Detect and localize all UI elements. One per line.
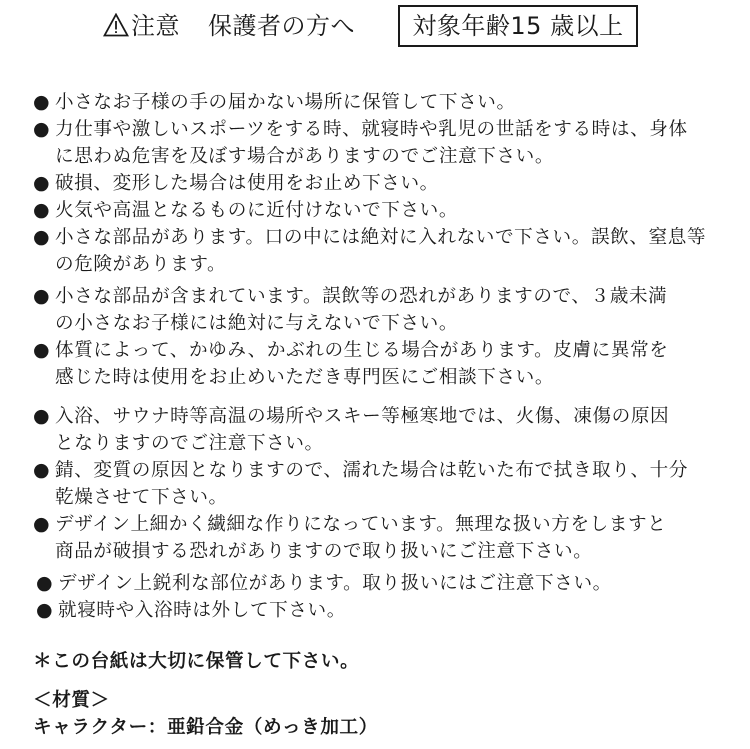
caution-item: ● デザイン上鋭利な部位があります。取り扱いにはご注意下さい。 bbox=[36, 570, 726, 597]
material-description: キャラクター：亜鉛合金（めっき加工） bbox=[33, 714, 723, 741]
caution-heading: 注意保護者の方へ bbox=[103, 10, 355, 42]
caution-text: 感じた時は使用をお止めいただき専門医にご相談下さい。 bbox=[55, 364, 723, 391]
caution-text: の危険があります。 bbox=[55, 251, 723, 278]
bullet-icon: ● bbox=[33, 89, 50, 116]
caution-list: ● 小さなお子様の手の届かない場所に保管して下さい。 ● 力仕事や激しいスポーツ… bbox=[33, 89, 723, 624]
caution-item: ● 火気や高温となるものに近付けないで下さい。 bbox=[33, 197, 723, 224]
caution-text: 力仕事や激しいスポーツをする時、就寝時や乳児の世話をする時は、身体 bbox=[55, 116, 723, 143]
caution-text: に思わぬ危害を及ぼす場合がありますのでご注意下さい。 bbox=[55, 143, 723, 170]
bullet-icon: ● bbox=[33, 116, 50, 143]
bullet-icon: ● bbox=[33, 337, 50, 364]
footer: ＊この台紙は大切に保管して下さい。 ＜材質＞ キャラクター：亜鉛合金（めっき加工… bbox=[33, 648, 723, 741]
caution-text: デザイン上細かく繊細な作りになっています。無理な扱い方をしますと bbox=[55, 511, 723, 538]
bullet-icon: ● bbox=[33, 283, 50, 310]
bullet-icon: ● bbox=[33, 511, 50, 538]
caution-text: 乾燥させて下さい。 bbox=[55, 484, 723, 511]
keep-card-notice: ＊この台紙は大切に保管して下さい。 bbox=[33, 648, 723, 675]
bullet-icon: ● bbox=[36, 597, 53, 624]
caution-text: 就寝時や入浴時は外して下さい。 bbox=[58, 597, 726, 624]
caution-text: 小さな部品があります。口の中には絶対に入れないで下さい。誤飲、窒息等 bbox=[55, 224, 723, 251]
caution-text: 火気や高温となるものに近付けないで下さい。 bbox=[55, 197, 723, 224]
caution-text: の小さなお子様には絶対に与えないで下さい。 bbox=[55, 310, 723, 337]
caution-item: ● 破損、変形した場合は使用をお止め下さい。 bbox=[33, 170, 723, 197]
caution-text: 小さなお子様の手の届かない場所に保管して下さい。 bbox=[55, 89, 723, 116]
caution-item: ● 力仕事や激しいスポーツをする時、就寝時や乳児の世話をする時は、身体 に思わぬ… bbox=[33, 116, 723, 170]
bullet-icon: ● bbox=[33, 170, 50, 197]
caution-text: 商品が破損する恐れがありますので取り扱いにご注意下さい。 bbox=[55, 538, 723, 565]
caution-text: 錆、変質の原因となりますので、濡れた場合は乾いた布で拭き取り、十分 bbox=[55, 457, 723, 484]
caution-text: 体質によって、かゆみ、かぶれの生じる場合があります。皮膚に異常を bbox=[55, 337, 723, 364]
bullet-icon: ● bbox=[33, 197, 50, 224]
caution-label: 注意 bbox=[131, 12, 180, 40]
caution-text: 破損、変形した場合は使用をお止め下さい。 bbox=[55, 170, 723, 197]
header: 注意保護者の方へ 対象年齢15 歳以上 bbox=[0, 5, 750, 47]
caution-text: となりますのでご注意下さい。 bbox=[55, 430, 723, 457]
audience-label: 保護者の方へ bbox=[208, 12, 355, 40]
warning-triangle-icon bbox=[103, 13, 129, 37]
age-notice-box: 対象年齢15 歳以上 bbox=[398, 5, 638, 47]
caution-item: ● 就寝時や入浴時は外して下さい。 bbox=[36, 597, 726, 624]
caution-item: ● 体質によって、かゆみ、かぶれの生じる場合があります。皮膚に異常を 感じた時は… bbox=[33, 337, 723, 391]
caution-item: ● 錆、変質の原因となりますので、濡れた場合は乾いた布で拭き取り、十分 乾燥させ… bbox=[33, 457, 723, 511]
caution-text: デザイン上鋭利な部位があります。取り扱いにはご注意下さい。 bbox=[58, 570, 726, 597]
caution-item: ● デザイン上細かく繊細な作りになっています。無理な扱い方をしますと 商品が破損… bbox=[33, 511, 723, 565]
caution-item: ● 小さな部品が含まれています。誤飲等の恐れがありますので、３歳未満 の小さなお… bbox=[33, 283, 723, 337]
caution-item: ● 入浴、サウナ時等高温の場所やスキー等極寒地では、火傷、凍傷の原因 となります… bbox=[33, 403, 723, 457]
bullet-icon: ● bbox=[33, 457, 50, 484]
bullet-icon: ● bbox=[33, 224, 50, 251]
caution-text: 入浴、サウナ時等高温の場所やスキー等極寒地では、火傷、凍傷の原因 bbox=[55, 403, 723, 430]
caution-item: ● 小さな部品があります。口の中には絶対に入れないで下さい。誤飲、窒息等 の危険… bbox=[33, 224, 723, 278]
bullet-icon: ● bbox=[33, 403, 50, 430]
caution-text: 小さな部品が含まれています。誤飲等の恐れがありますので、３歳未満 bbox=[55, 283, 723, 310]
material-heading: ＜材質＞ bbox=[33, 687, 723, 714]
caution-item: ● 小さなお子様の手の届かない場所に保管して下さい。 bbox=[33, 89, 723, 116]
bullet-icon: ● bbox=[36, 570, 53, 597]
